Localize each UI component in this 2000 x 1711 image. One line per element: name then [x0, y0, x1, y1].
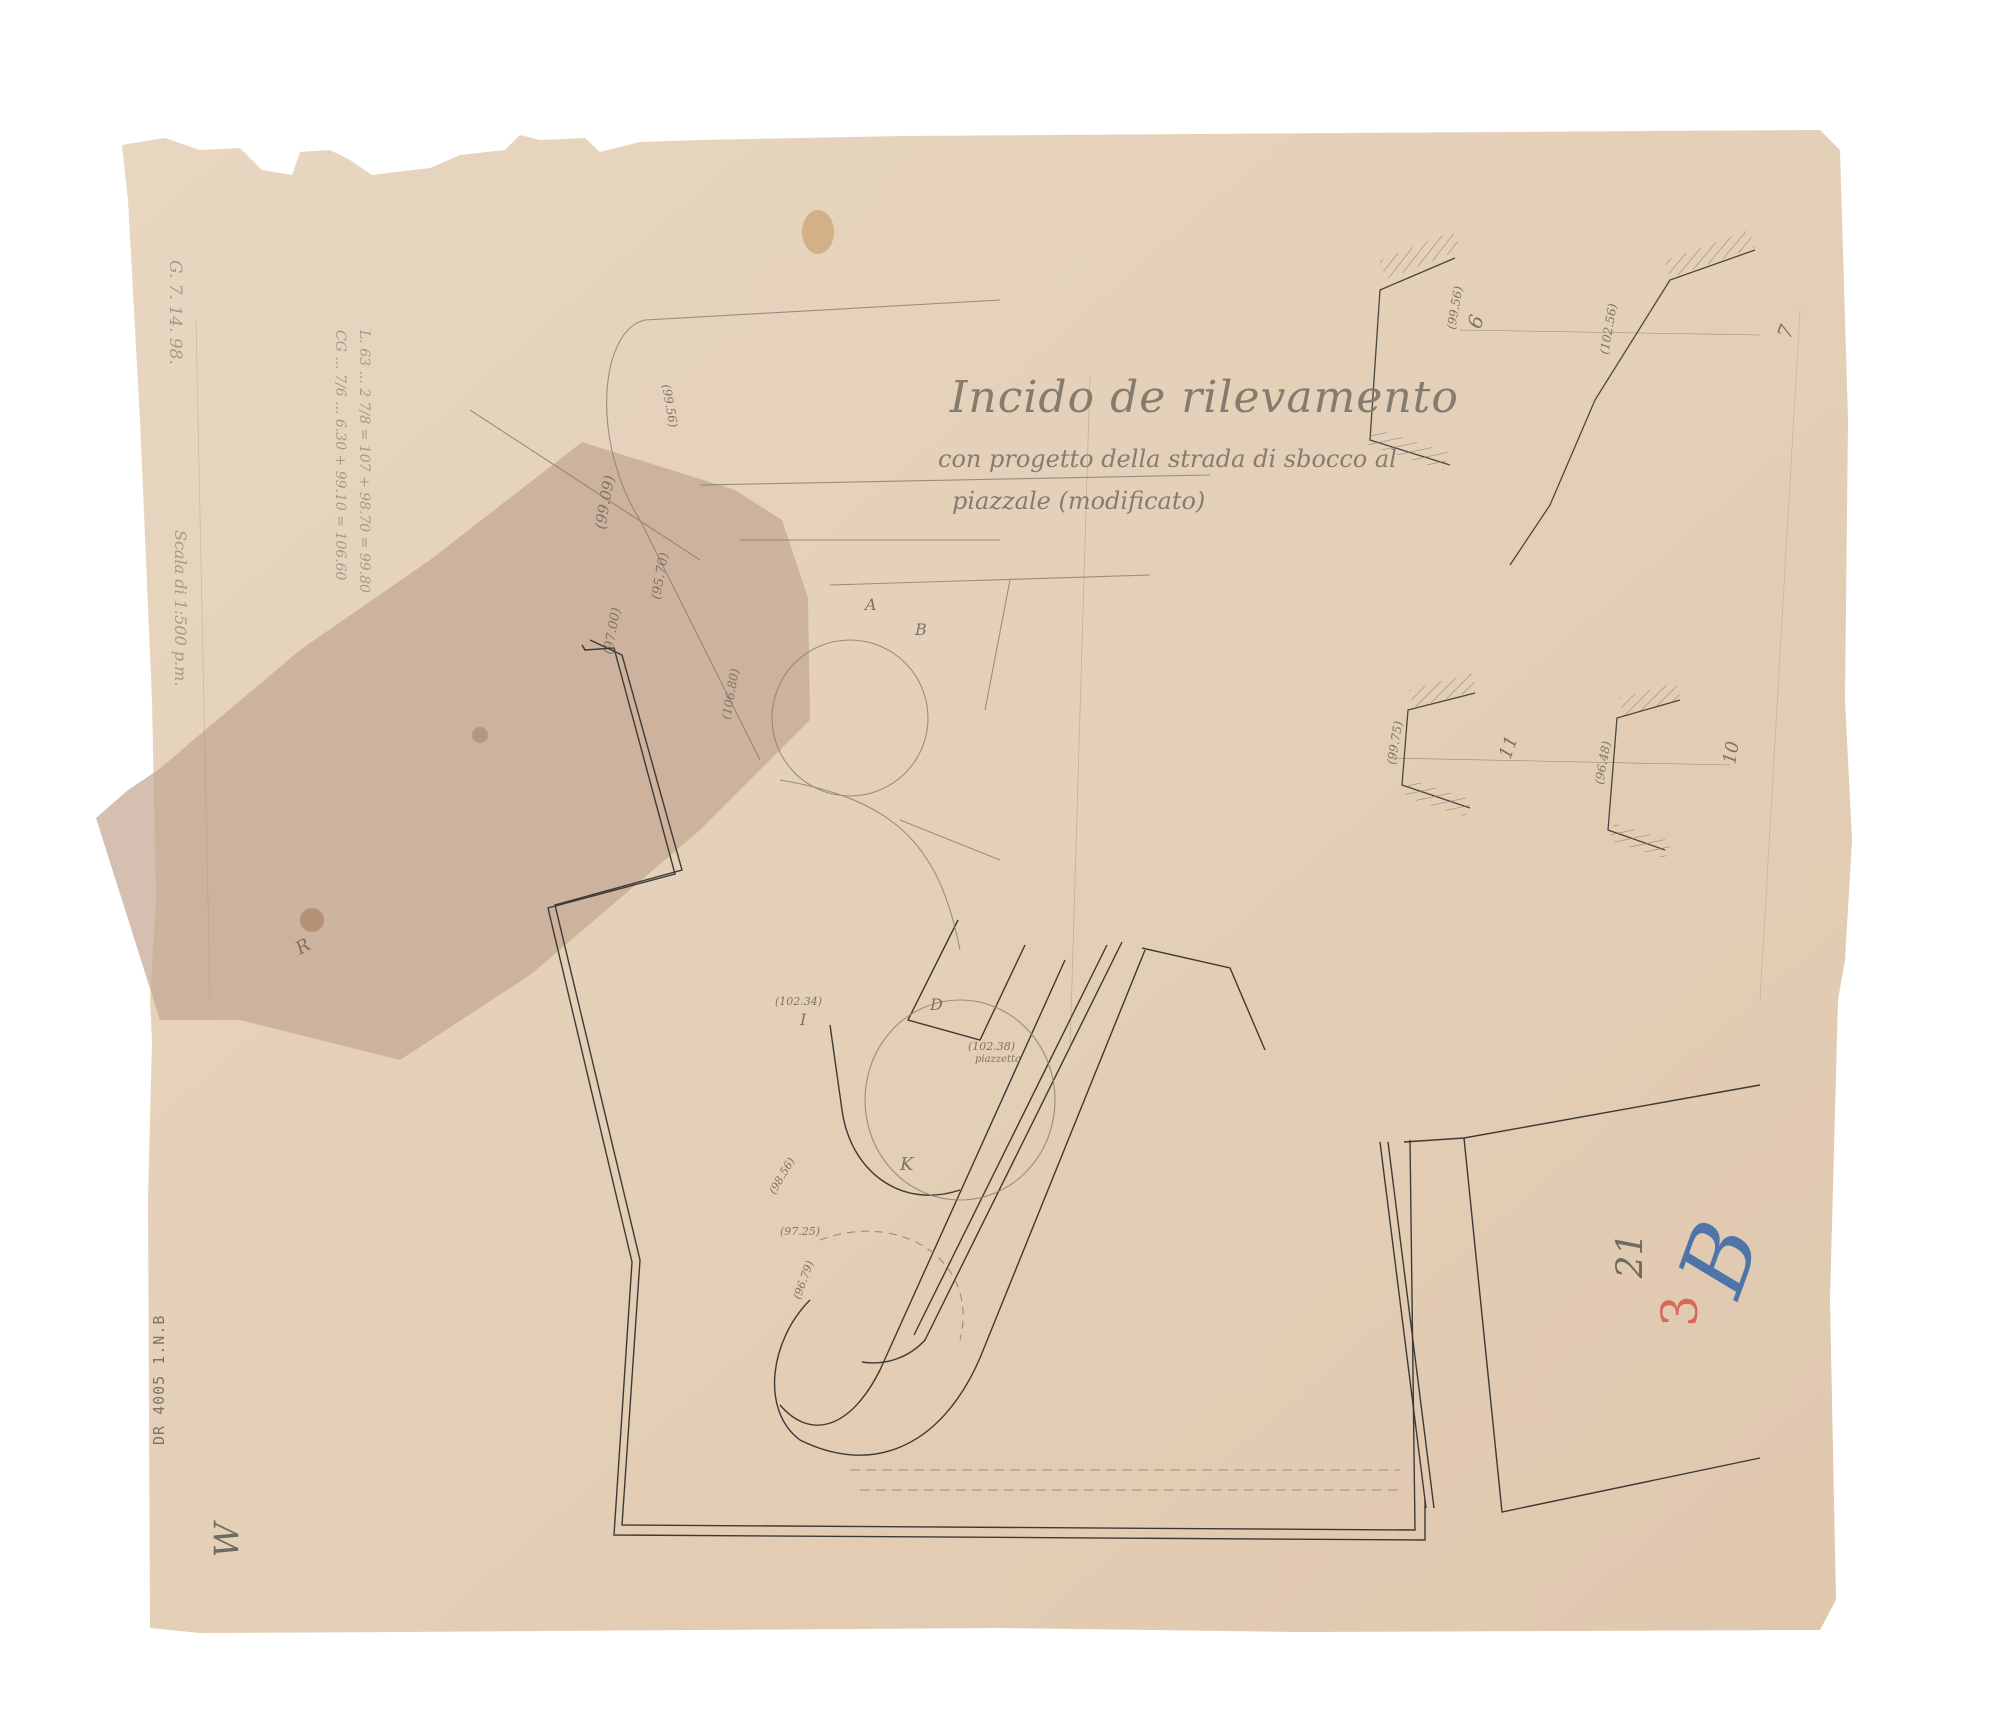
svg-text:(102.38): (102.38) [968, 1040, 1015, 1053]
svg-text:B: B [914, 620, 927, 639]
initial-mark: W [207, 1523, 247, 1558]
calc-note-1: L. 63 ... 2 7/8 = 107 + 98.70 = 99.80 [356, 330, 372, 593]
svg-text:(102.34): (102.34) [775, 995, 822, 1008]
pencil-number-mark: 21 [1610, 1233, 1651, 1279]
svg-text:(97.25): (97.25) [780, 1225, 820, 1238]
red-number-mark: 3 [1651, 1295, 1709, 1327]
svg-text:I: I [799, 1010, 807, 1029]
left-margin-note: G. 7. 14. 98. [165, 260, 185, 365]
svg-text:piazzetta: piazzetta [975, 1054, 1021, 1065]
stain [802, 210, 834, 254]
svg-text:K: K [899, 1154, 915, 1175]
drawing-sheet: (99.09) (95.70) (97.00) (106.80) (102.34… [0, 0, 2000, 1711]
title-line-2: con progetto della strada di sbocco al [938, 445, 1397, 473]
svg-text:10: 10 [1719, 740, 1744, 766]
calc-note-2: CG ... 7/6 ... 6.30 + 99.10 = 106.60 [332, 330, 348, 580]
svg-text:A: A [863, 595, 877, 614]
title-line-3: piazzale (modificato) [952, 487, 1205, 515]
title-line-1: Incido de rilevamento [950, 372, 1459, 423]
svg-text:D: D [929, 995, 943, 1014]
collection-stamp: DR 4005 1.N.B [150, 1315, 168, 1445]
scale-note: Scala di 1:500 p.m. [171, 530, 190, 686]
scanned-drawing: (99.09) (95.70) (97.00) (106.80) (102.34… [0, 0, 2000, 1711]
